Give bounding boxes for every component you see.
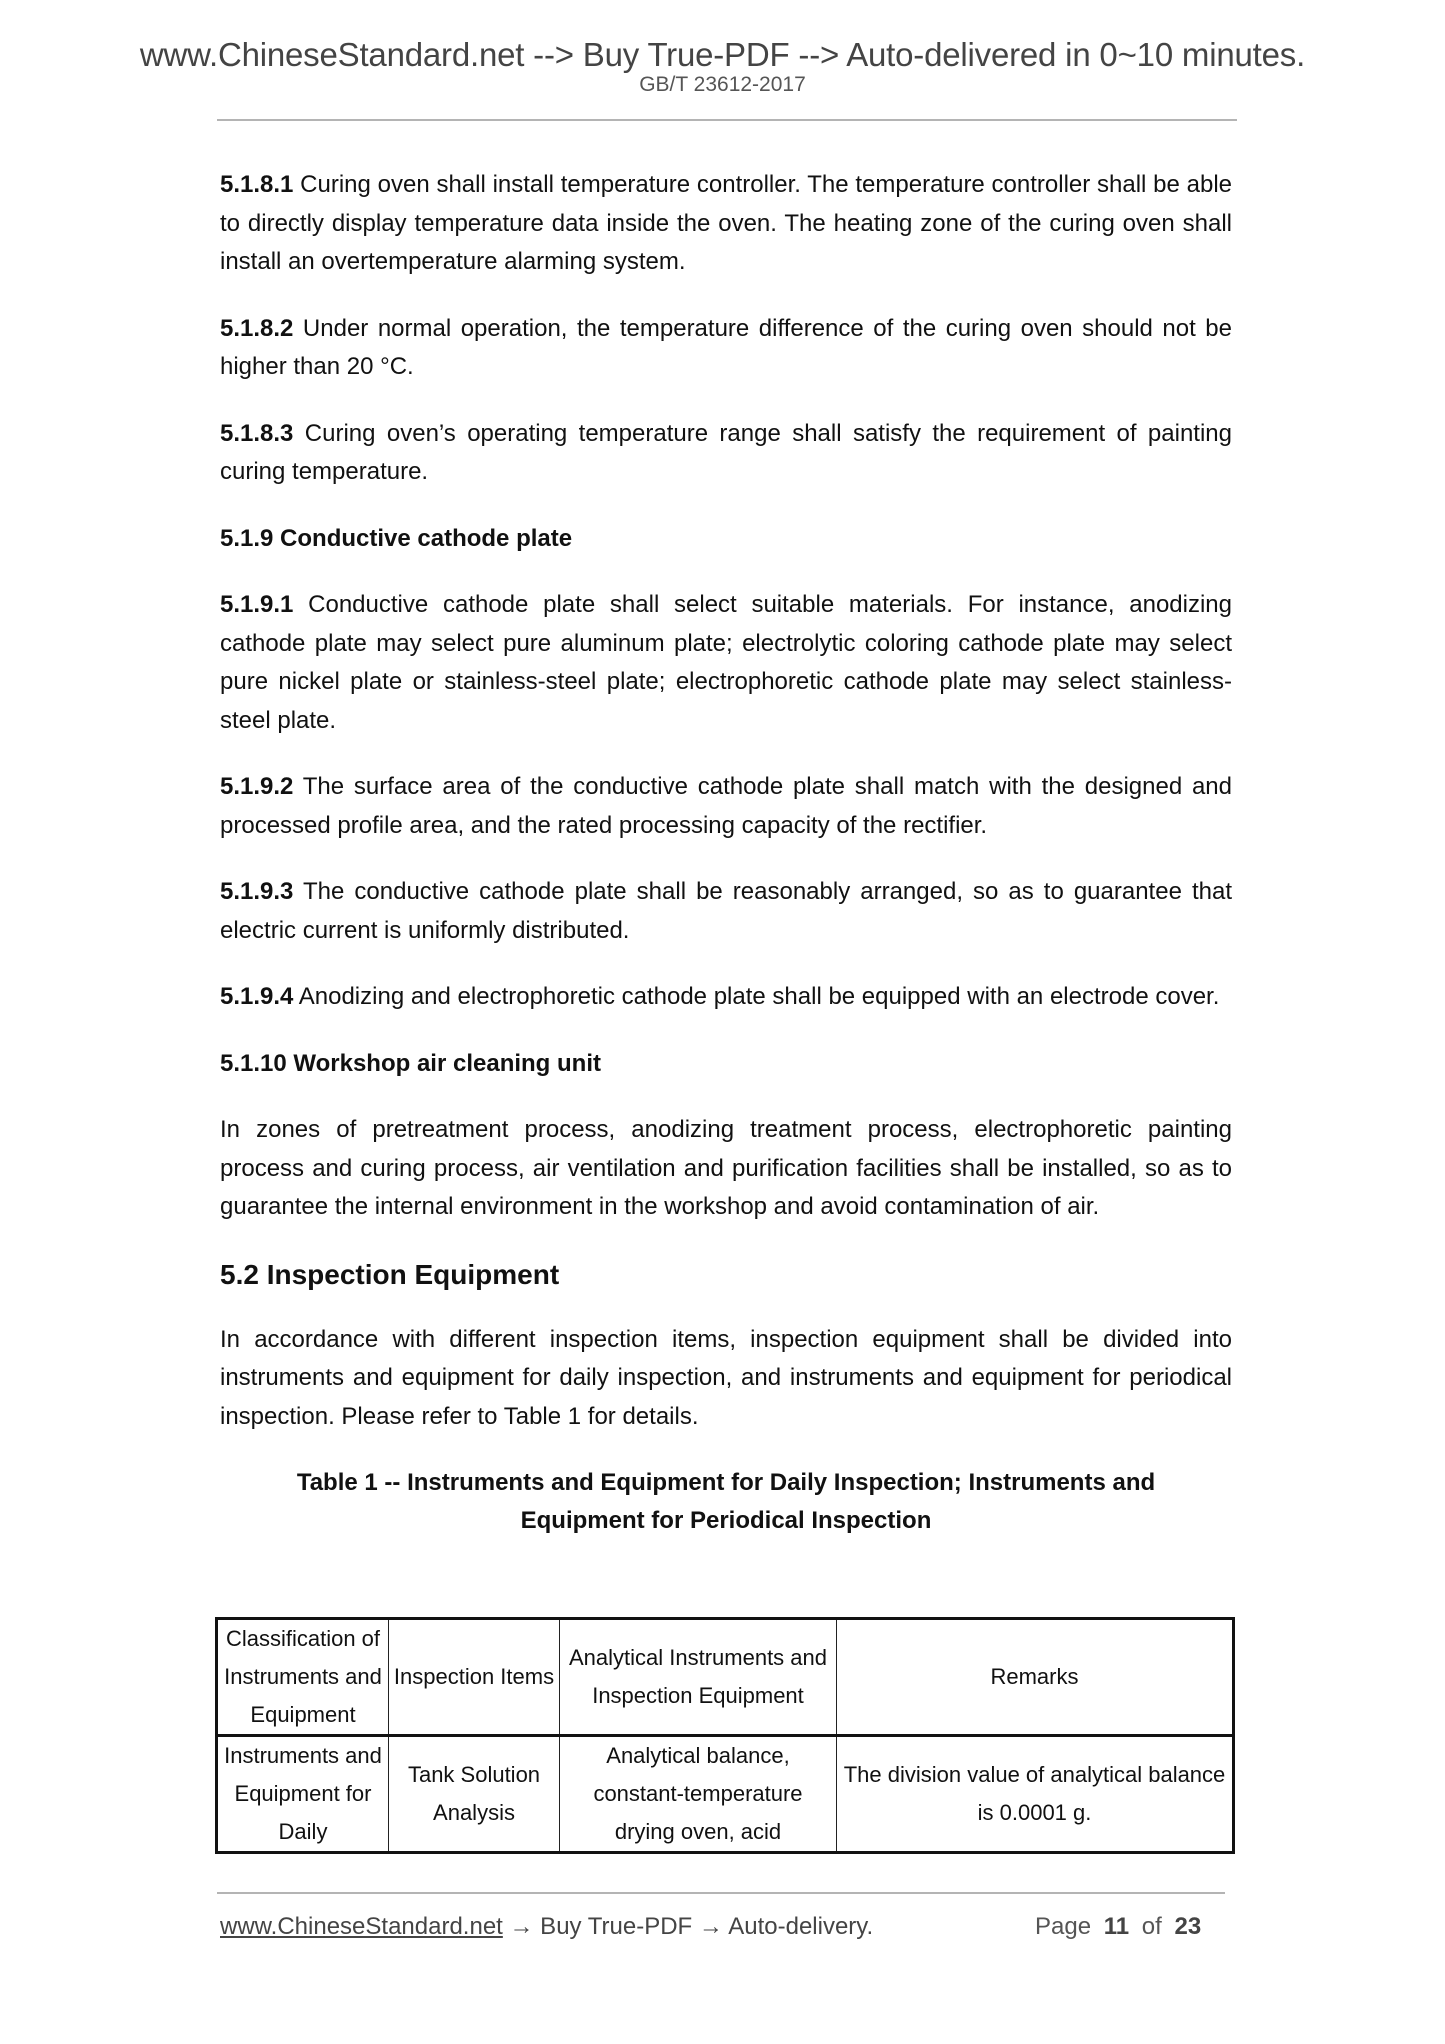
clause-5-1-8-3: 5.1.8.3 Curing oven’s operating temperat… [220, 415, 1232, 492]
table-header-row: Classification of Instruments and Equipm… [217, 1619, 1234, 1736]
header-divider [217, 119, 1237, 121]
clause-5-1-9-1: 5.1.9.1 Conductive cathode plate shall s… [220, 586, 1232, 740]
cell-analytical-instruments: Analytical balance, constant-temperature… [560, 1736, 837, 1853]
footer-promo: www.ChineseStandard.net → Buy True-PDF →… [220, 1915, 873, 1939]
heading-5-1-10: 5.1.10 Workshop air cleaning unit [220, 1045, 1232, 1084]
clause-5-1-9-2: 5.1.9.2 The surface area of the conducti… [220, 768, 1232, 845]
clause-text: The conductive cathode plate shall be re… [220, 878, 1232, 944]
clause-number: 5.1.9.2 [220, 773, 293, 800]
clause-text: Under normal operation, the temperature … [220, 315, 1232, 381]
header-banner: www.ChineseStandard.net --> Buy True-PDF… [0, 38, 1445, 71]
page-total: 23 [1174, 1913, 1201, 1940]
cell-remarks: The division value of analytical balance… [837, 1736, 1234, 1853]
table-caption: Table 1 -- Instruments and Equipment for… [220, 1464, 1232, 1540]
clause-number: 5.1.9.3 [220, 878, 293, 905]
clause-text: Curing oven’s operating temperature rang… [220, 420, 1232, 486]
cell-inspection-items: Tank Solution Analysis [389, 1736, 560, 1853]
clause-5-1-10-text: In zones of pretreatment process, anodiz… [220, 1111, 1232, 1227]
header-analytical-instruments: Analytical Instruments and Inspection Eq… [560, 1619, 837, 1736]
document-body: 5.1.8.1 Curing oven shall install temper… [220, 166, 1232, 1540]
table-row: Instruments and Equipment for Daily Tank… [217, 1736, 1234, 1853]
clause-number: 5.1.8.2 [220, 315, 293, 342]
footer-divider [217, 1892, 1225, 1894]
header-remarks: Remarks [837, 1619, 1234, 1736]
clause-number: 5.1.9.4 [220, 983, 293, 1010]
page-label: Page [1035, 1913, 1091, 1940]
header-classification: Classification of Instruments and Equipm… [217, 1619, 389, 1736]
clause-text: The surface area of the conductive catho… [220, 773, 1232, 839]
clause-5-1-8-2: 5.1.8.2 Under normal operation, the temp… [220, 310, 1232, 387]
clause-number: 5.1.8.1 [220, 171, 293, 198]
table-1: Classification of Instruments and Equipm… [215, 1617, 1235, 1854]
table-caption-line-2: Equipment for Periodical Inspection [521, 1507, 932, 1534]
header-inspection-items: Inspection Items [389, 1619, 560, 1736]
heading-5-1-9: 5.1.9 Conductive cathode plate [220, 520, 1232, 559]
page-current: 11 [1104, 1913, 1129, 1940]
clause-5-1-9-4: 5.1.9.4 Anodizing and electrophoretic ca… [220, 978, 1232, 1017]
clause-5-1-9-3: 5.1.9.3 The conductive cathode plate sha… [220, 873, 1232, 950]
table-caption-line-1: Table 1 -- Instruments and Equipment for… [297, 1469, 1155, 1496]
clause-text: Anodizing and electrophoretic cathode pl… [293, 983, 1219, 1010]
footer-promo-text: → Buy True-PDF → Auto-delivery. [503, 1913, 873, 1940]
heading-5-2: 5.2 Inspection Equipment [220, 1255, 1232, 1295]
clause-5-1-8-1: 5.1.8.1 Curing oven shall install temper… [220, 166, 1232, 282]
clause-5-2-text: In accordance with different inspection … [220, 1321, 1232, 1437]
cell-classification: Instruments and Equipment for Daily [217, 1736, 389, 1853]
standard-code: GB/T 23612-2017 [0, 74, 1445, 95]
clause-text: Conductive cathode plate shall select su… [220, 591, 1232, 734]
clause-number: 5.1.9.1 [220, 591, 293, 618]
page-indicator: Page 11 of 23 [1035, 1915, 1201, 1939]
footer-site-link[interactable]: www.ChineseStandard.net [220, 1913, 503, 1940]
page-of-label: of [1142, 1913, 1162, 1940]
clause-number: 5.1.8.3 [220, 420, 293, 447]
clause-text: Curing oven shall install temperature co… [220, 171, 1232, 275]
